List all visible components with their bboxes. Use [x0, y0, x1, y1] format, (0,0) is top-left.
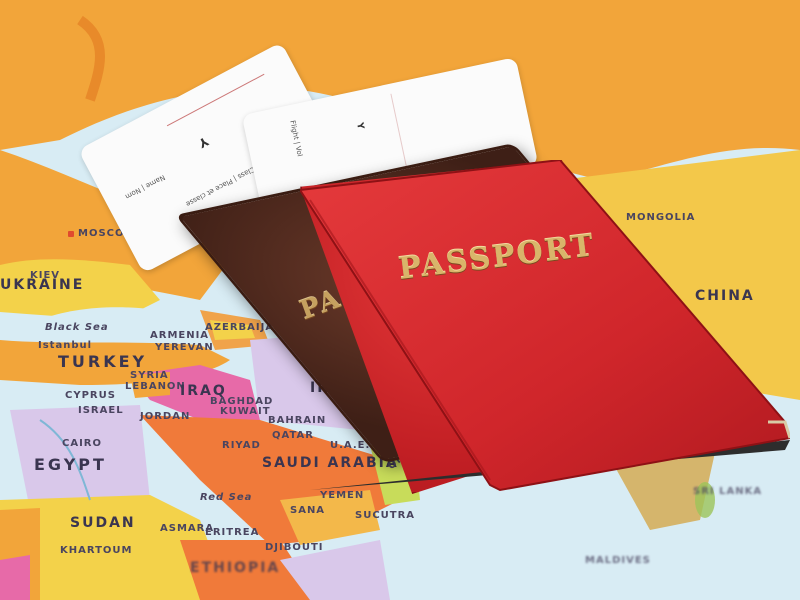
- map-label-lebanon: LEBANON: [125, 381, 186, 392]
- map-label-ethiopia: ETHIOPIA: [190, 560, 280, 576]
- map-label-israel: ISRAEL: [78, 405, 124, 416]
- map-label-armenia: ARMENIA: [150, 330, 209, 341]
- map-label-sana: SANA: [290, 505, 325, 516]
- city-marker: [68, 231, 74, 237]
- map-label-red-sea: Red Sea: [200, 492, 252, 503]
- map-label-cairo: CAIRO: [62, 438, 102, 449]
- photo-scene: MOSCOW KIEV UKRAINE Black Sea Istanbul T…: [0, 0, 800, 600]
- map-label-khartoum: KHARTOUM: [60, 545, 133, 556]
- ticket-class-value-2: Y: [354, 122, 365, 130]
- red-passport-body: [300, 160, 790, 500]
- map-label-egypt: EGYPT: [34, 455, 107, 474]
- ticket-class-value: Y: [196, 134, 210, 150]
- ticket-name-label: Name | Nom: [124, 173, 166, 201]
- map-label-ukraine: UKRAINE: [0, 277, 84, 293]
- map-label-turkey: TURKEY: [58, 352, 147, 371]
- map-label-black-sea: Black Sea: [45, 322, 109, 333]
- map-label-yerevan: YEREVAN: [155, 342, 214, 353]
- map-label-maldives: MALDIVES: [585, 555, 651, 566]
- ticket-flight-label: Flight | Vol: [288, 120, 303, 158]
- map-label-istanbul: Istanbul: [38, 340, 92, 351]
- map-label-syria: SYRIA: [130, 370, 169, 381]
- map-label-jordan: JORDAN: [140, 411, 190, 422]
- map-label-riyad: RIYAD: [222, 440, 261, 451]
- map-label-sudan: SUDAN: [70, 515, 136, 531]
- map-label-djibouti: DJIBOUTI: [265, 542, 324, 553]
- map-label-sucutra: SUCUTRA: [355, 510, 415, 521]
- map-label-kuwait: KUWAIT: [220, 406, 271, 417]
- map-label-cyprus: CYPRUS: [65, 390, 116, 401]
- red-passport-shape: [300, 160, 790, 500]
- map-label-eritrea: ERITREA: [205, 527, 259, 538]
